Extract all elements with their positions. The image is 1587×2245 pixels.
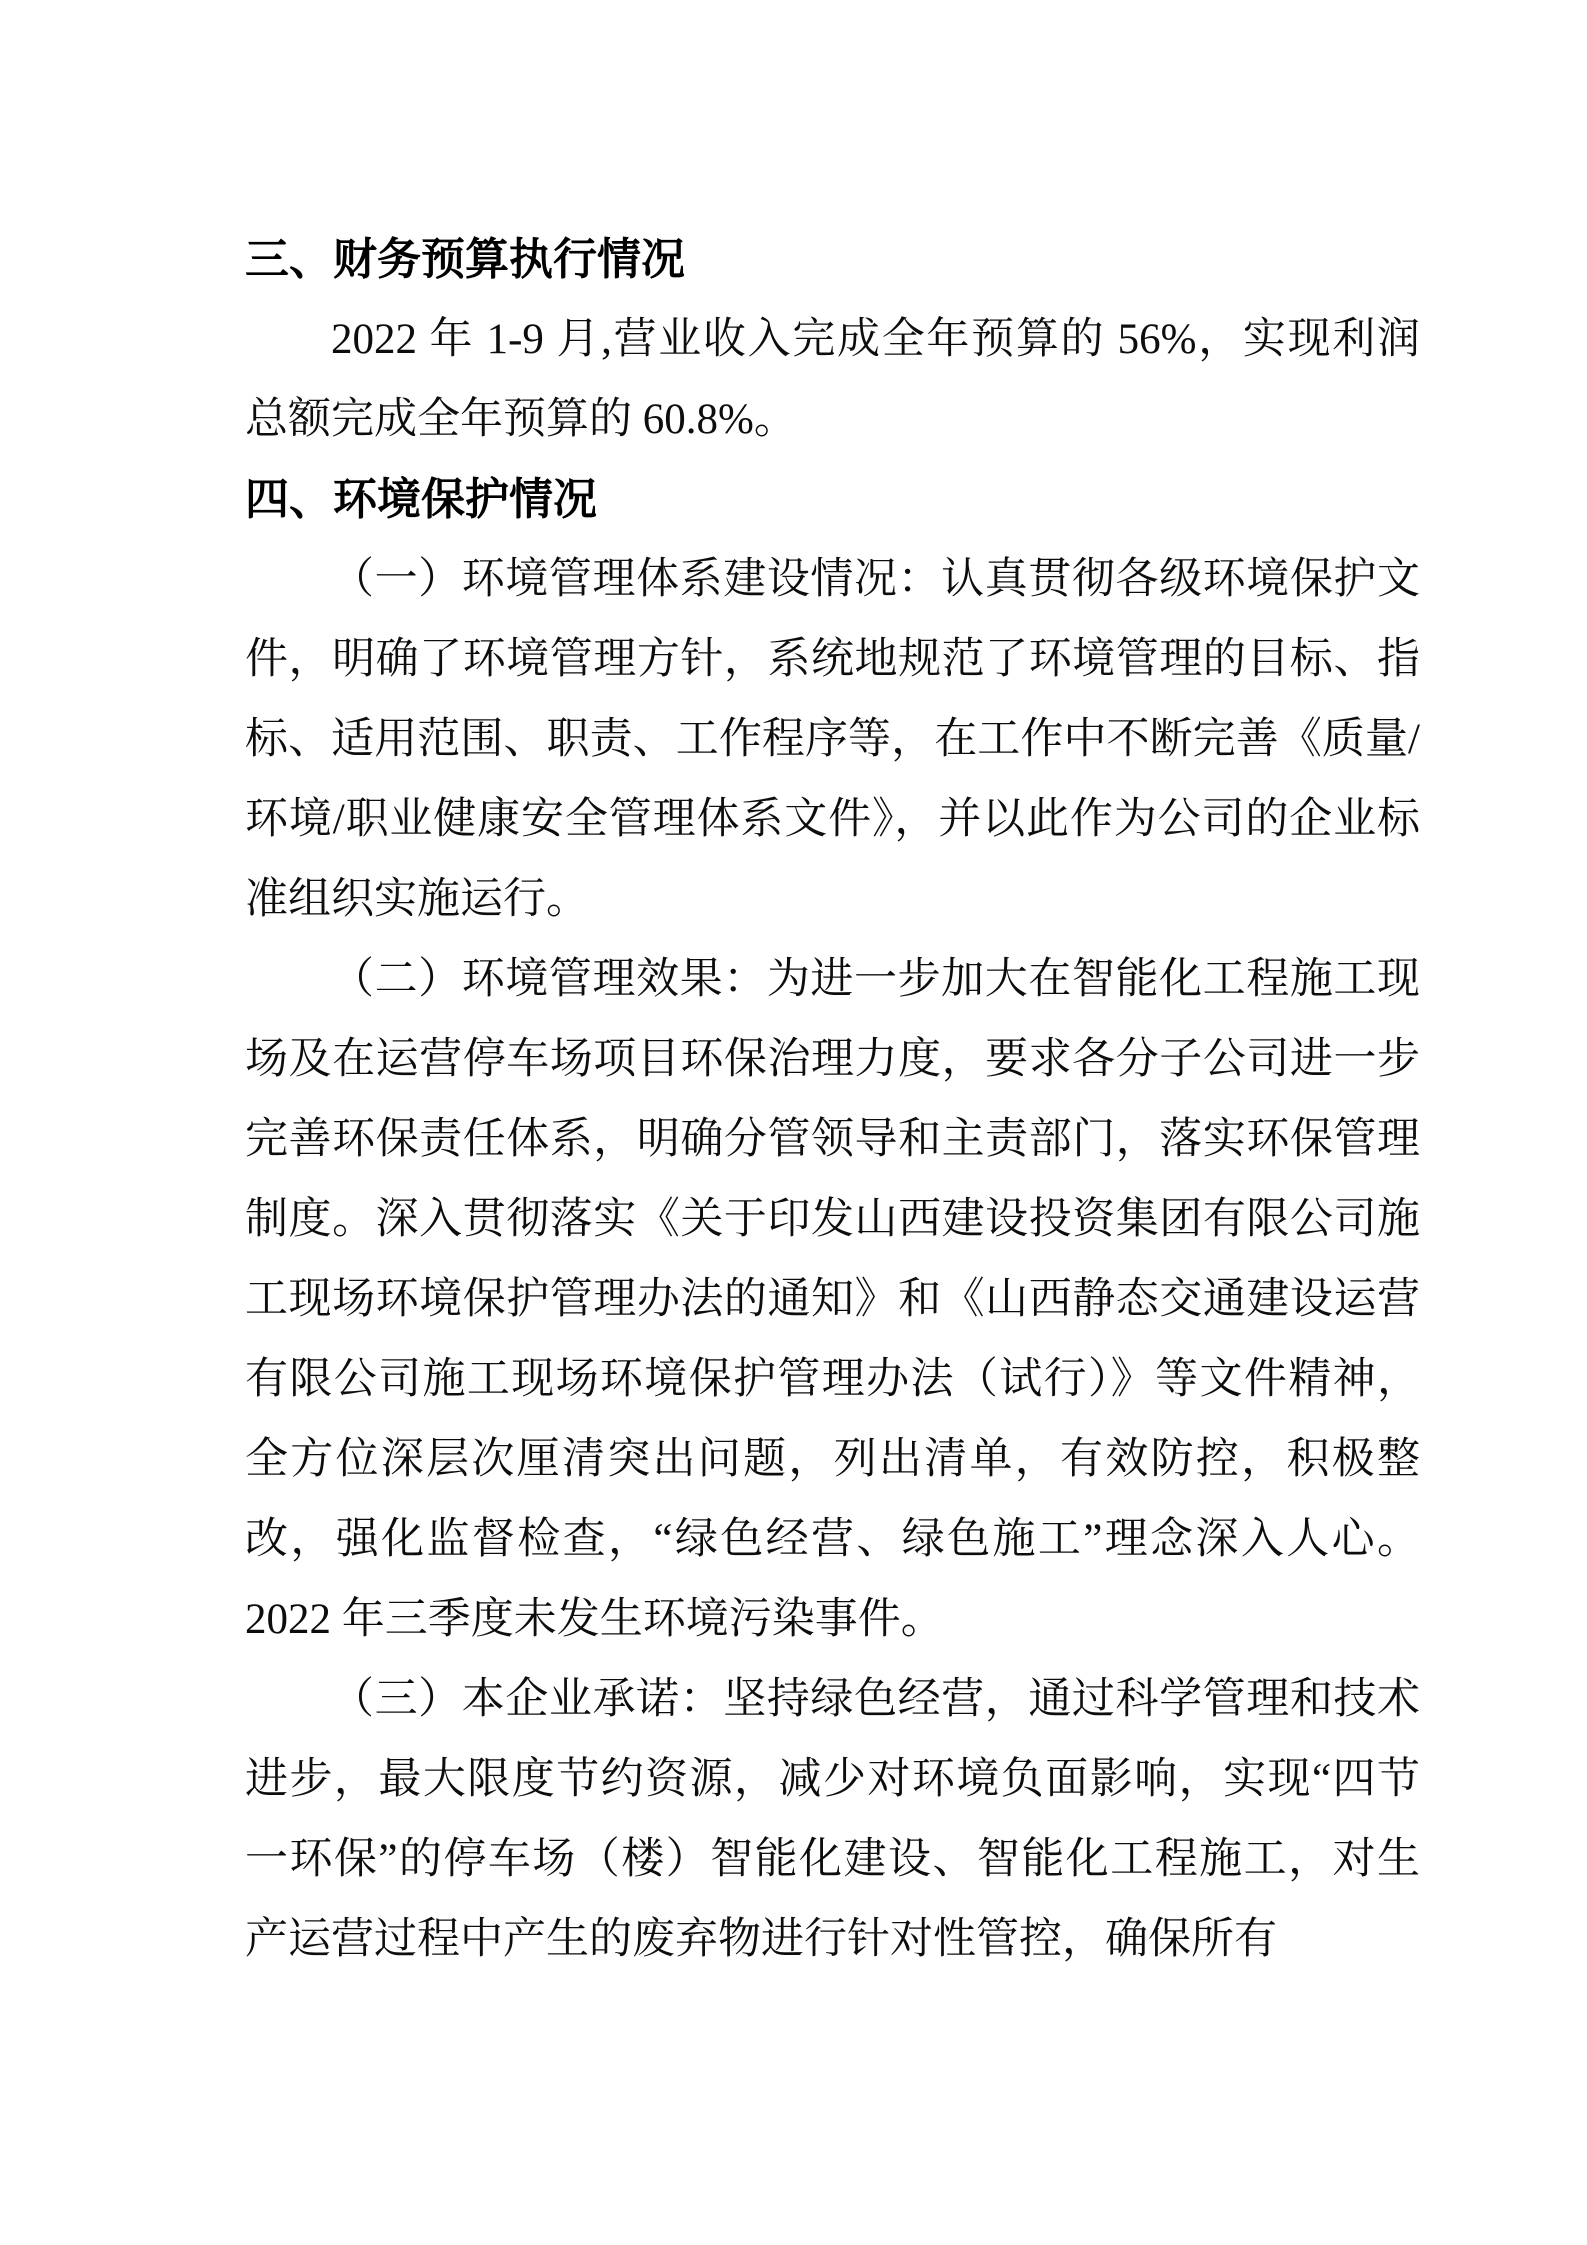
document-page: 三、财务预算执行情况 2022 年 1-9 月,营业收入完成全年预算的 56%，… (0, 0, 1587, 2245)
paragraph-enterprise-commitment: （三）本企业承诺：坚持绿色经营，通过科学管理和技术进步，最大限度节约资源，减少对… (245, 1660, 1420, 1980)
paragraph-environment-management-system: （一）环境管理体系建设情况：认真贯彻各级环境保护文件，明确了环境管理方针，系统地… (245, 540, 1420, 940)
section-heading-environmental-protection: 四、环境保护情况 (245, 460, 1420, 540)
paragraph-budget-execution: 2022 年 1-9 月,营业收入完成全年预算的 56%，实现利润总额完成全年预… (245, 300, 1420, 460)
paragraph-environment-management-results: （二）环境管理效果：为进一步加大在智能化工程施工现场及在运营停车场项目环保治理力… (245, 940, 1420, 1660)
document-body: 三、财务预算执行情况 2022 年 1-9 月,营业收入完成全年预算的 56%，… (245, 220, 1420, 1980)
section-heading-budget-execution: 三、财务预算执行情况 (245, 220, 1420, 300)
